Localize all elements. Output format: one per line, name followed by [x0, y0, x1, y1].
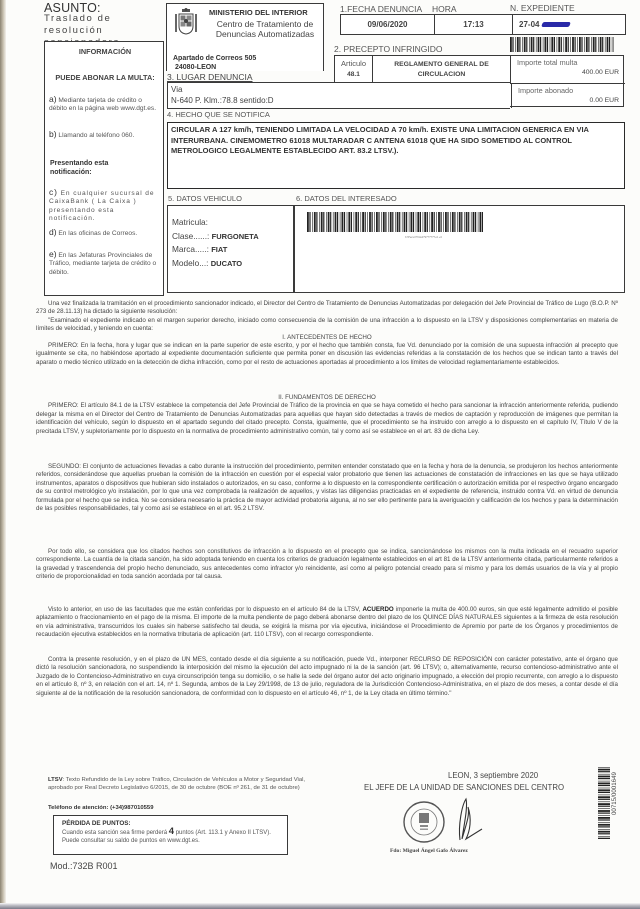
hora-value: 17:13 — [435, 15, 513, 34]
importe-abonado-cell: Importe abonado 0.00 EUR — [511, 84, 625, 108]
fecha-value: 09/06/2020 — [341, 15, 435, 34]
telefono-atencion: Teléfono de atención: (+34)987010559 — [48, 805, 153, 811]
ministerio-title: MINISTERIO DEL INTERIOR — [209, 8, 308, 17]
recurso-paragraph: Contra la presente resolución, y en el p… — [36, 656, 618, 698]
puede-abonar-heading: PUEDE ABONAR LA MULTA: — [45, 73, 165, 82]
payment-option-d: d) En las oficinas de Correos. — [49, 228, 161, 238]
payment-option-e: e) En las Jefaturas Provinciales de Tráf… — [49, 250, 161, 277]
expediente-label: N. EXPEDIENTE — [510, 3, 575, 13]
fecha-label: 1.FECHA DENUNCIA — [340, 4, 422, 14]
lugar-fecha-firma: LEON, 3 septiembre 2020 — [448, 771, 538, 780]
fundamentos-heading: II. FUNDAMENTOS DE DERECHO — [36, 394, 618, 402]
scan-edge-bottom — [0, 903, 640, 909]
firmante-nombre: Fdo: Miguel Ángel Gafo Álvarez — [390, 848, 468, 854]
hora-label: HORA — [432, 4, 457, 14]
apartado-correos: Apartado de Correos 505 24080-LEON — [173, 54, 256, 72]
precepto-label: 2. PRECEPTO INFRINGIDO — [334, 44, 442, 54]
lugar-label: 3. LUGAR DENUNCIA — [167, 72, 253, 82]
barcode-caption: b7Pwcv2?0nk4?9??????+0.+0 — [405, 236, 442, 239]
expediente-value: 27-04 — [513, 15, 625, 34]
ministerio-header: MINISTERIO DEL INTERIOR Centro de Tratam… — [166, 3, 324, 71]
acuerdo-paragraph: Visto lo anterior, en uso de las faculta… — [36, 606, 618, 640]
hecho-text: CIRCULAR A 127 km/h, TENIENDO LIMITADA L… — [167, 122, 625, 189]
firmante-cargo: EL JEFE DE LA UNIDAD DE SANCIONES DEL CE… — [364, 783, 564, 792]
vehiculo-box: Matricula: Clase......: FURGONETA Marca.… — [167, 205, 294, 293]
document-page: ASUNTO: Traslado de resolución sancionad… — [0, 0, 640, 909]
coat-of-arms-icon — [173, 7, 199, 37]
hecho-label: 4. HECHO QUE SE NOTIFICA — [167, 110, 270, 119]
resolution-intro: Una vez finalizada la tramitación en el … — [36, 300, 618, 367]
scan-edge-left — [0, 0, 6, 909]
perdida-puntos-box: PÉRDIDA DE PUNTOS: Cuando esta sanción s… — [53, 815, 288, 855]
redacted-mark — [542, 22, 572, 27]
lugar-box: Via N-640 P. Klm.:78.8 sentido:D — [167, 82, 510, 109]
presentando-heading: Presentando esta notificación: — [50, 159, 150, 177]
interesado-barcode — [307, 212, 483, 232]
expediente-barcode — [510, 37, 614, 52]
interesado-box: b7Pwcv2?0nk4?9??????+0.+0 — [294, 205, 625, 293]
vehiculo-label: 5. DATOS VEHICULO — [168, 194, 242, 203]
antecedentes-heading: I. ANTECEDENTES DE HECHO — [36, 334, 618, 342]
payment-option-b: b) Llamando al teléfono 060. — [49, 130, 161, 140]
centro-name: Centro de Tratamiento de Denuncias Autom… — [211, 19, 319, 39]
fundamentos-segundo: SEGUNDO: El conjunto de actuaciones llev… — [36, 463, 618, 513]
ltsv-note: LTSV: Texto Refundido de la Ley sobre Tr… — [48, 777, 310, 793]
side-barcode-code: 00715/0001649 — [611, 772, 618, 815]
side-barcode — [598, 767, 610, 839]
official-seal-icon — [402, 800, 446, 844]
modelo-code: Mod.:732B R001 — [50, 861, 118, 871]
payment-info-box: INFORMACIÓN PUEDE ABONAR LA MULTA: a) Me… — [44, 41, 164, 296]
fecha-row: 09/06/2020 17:13 27-04 — [340, 14, 626, 35]
interesado-label: 6. DATOS DEL INTERESADO — [296, 194, 397, 203]
payment-option-a: a) Mediante tarjeta de crédito o débito … — [49, 95, 161, 114]
articulo-cell: Articulo 48.1 — [335, 56, 373, 84]
por-todo-paragraph: Por todo ello, se considera que los cita… — [36, 548, 618, 582]
importe-total-cell: Importe total multa 400.00 EUR — [511, 56, 625, 84]
reglamento-cell: REGLAMENTO GENERAL DE CIRCULACION — [373, 56, 511, 84]
payment-option-c: c) En cualquier sucursal de CaixaBank ( … — [49, 188, 161, 224]
signature — [452, 795, 488, 845]
info-title: INFORMACIÓN — [45, 47, 165, 56]
fundamentos-section: II. FUNDAMENTOS DE DERECHO PRIMERO: El a… — [36, 394, 618, 436]
